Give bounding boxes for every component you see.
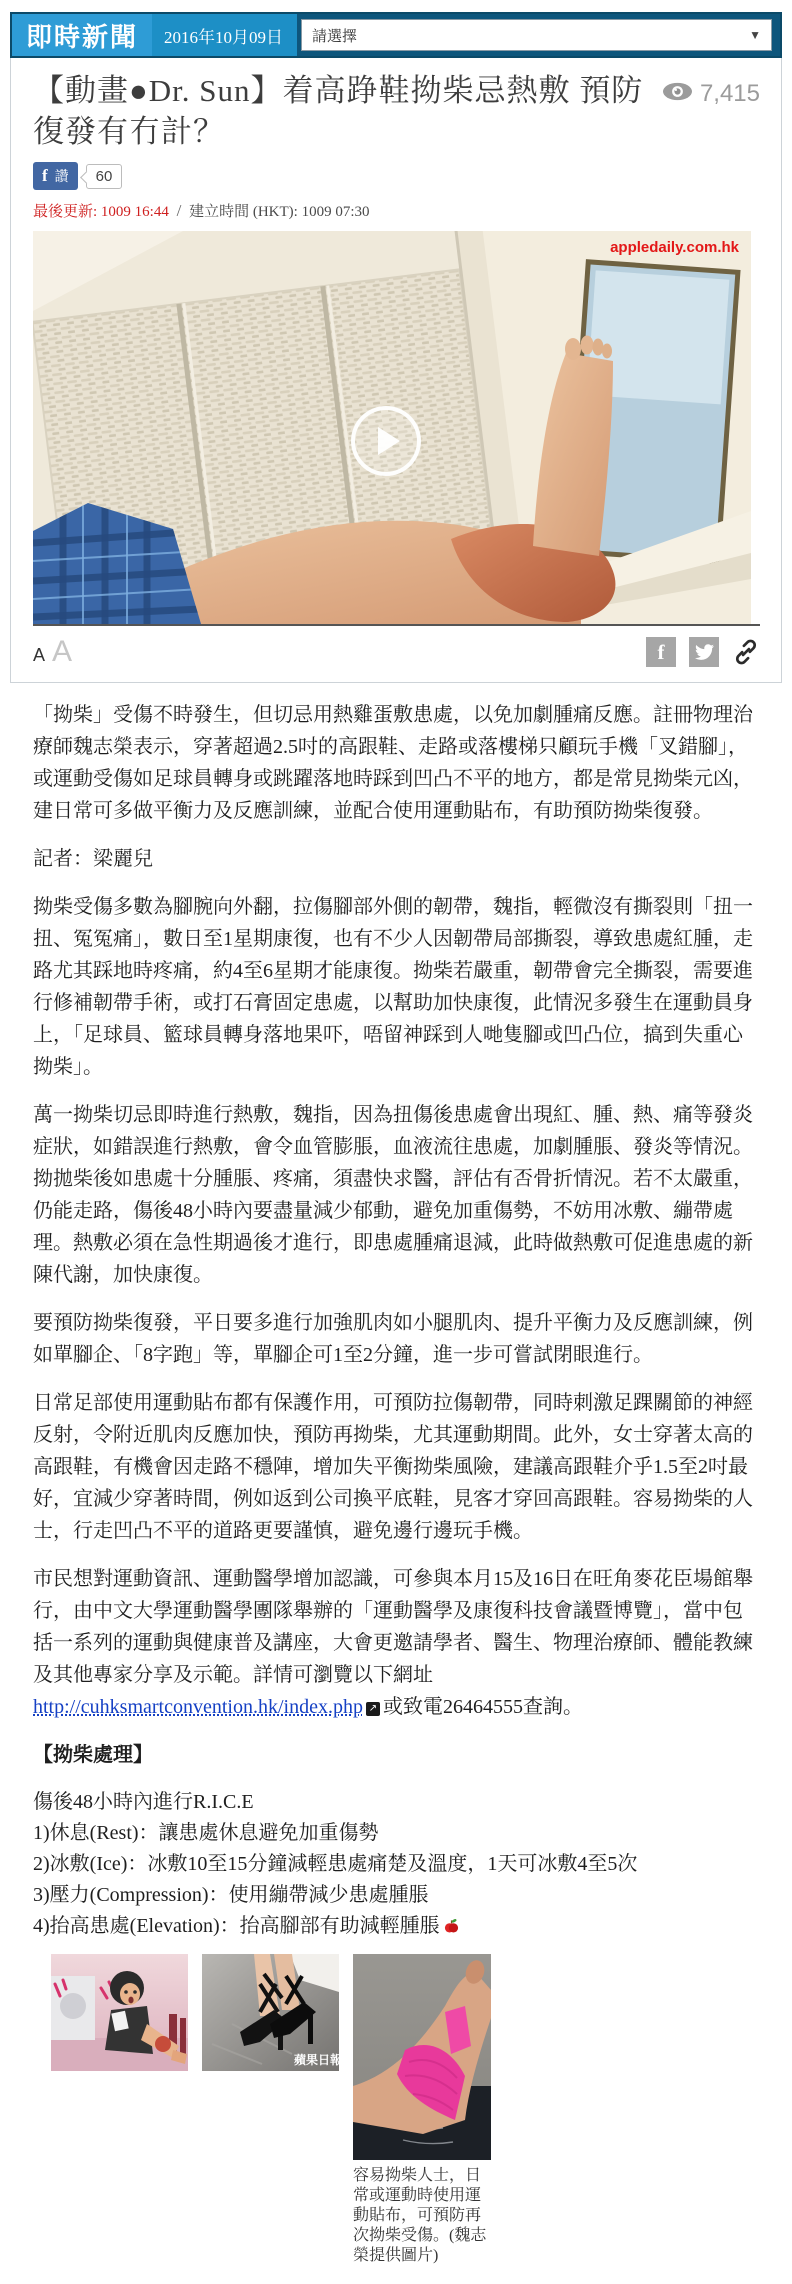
rice-instructions: 傷後48小時內進行R.I.C.E 1)休息(Rest)：讓患處休息避免加重傷勢 … <box>33 1787 760 1944</box>
article-paragraph: 拗柴受傷多數為腳腕向外翻，拉傷腳部外側的韌帶，魏指，輕微沒有撕裂則「扭一扭、冤冤… <box>33 891 760 1083</box>
article-paragraph: 日常足部使用運動貼布都有保護作用，可預防拉傷韌帶，同時刺激足踝關節的神經反射，令… <box>33 1387 760 1547</box>
link-share-icon[interactable] <box>732 638 760 666</box>
event-text-post: 或致電26464555查詢。 <box>383 1696 583 1718</box>
timestamp-separator: / <box>173 201 186 220</box>
event-text-pre: 市民想對運動資訊、運動醫學增加認識，可參與本月15及16日在旺角麥花臣場館舉行，… <box>33 1568 753 1686</box>
category-select[interactable]: 請選擇 ▼ <box>301 19 772 51</box>
news-page: 即時新聞 2016年10月09日 請選擇 ▼ 【動畫●Dr. Sun】着高踭鞋拗… <box>10 12 782 2266</box>
section-title: 即時新聞 <box>12 14 152 56</box>
facebook-share-icon[interactable]: f <box>646 637 676 667</box>
thumbnail-taped-ankle[interactable] <box>353 1954 491 2160</box>
chevron-down-icon: ▼ <box>749 28 761 42</box>
updated-time: 最後更新: 1009 16:44 <box>33 204 169 220</box>
article-paragraph: 「拗柴」受傷不時發生，但切忌用熱雞蛋敷患處，以免加劇腫痛反應。註冊物理治療師魏志… <box>33 699 760 827</box>
share-buttons: f <box>646 637 760 667</box>
article-paragraph-with-link: 市民想對運動資訊、運動醫學增加認識，可參與本月15及16日在旺角麥花臣場館舉行，… <box>33 1563 760 1723</box>
thumbnail-column: 容易拗柴人士，日常或運動時使用運動貼布，可預防再次拗柴受傷。(魏志榮提供圖片) <box>353 1954 491 2266</box>
thumbnail-injured-animation[interactable] <box>51 1954 188 2071</box>
image-caption: 容易拗柴人士，日常或運動時使用運動貼布，可預防再次拗柴受傷。(魏志榮提供圖片) <box>353 2166 491 2266</box>
timestamp-row: 最後更新: 1009 16:44 / 建立時間 (HKT): 1009 07:3… <box>33 200 760 221</box>
article-image-row: 蘋果日報 容易拗柴人士，日常或運動時使用運動貼布，可預防再次拗柴受傷。( <box>51 1954 760 2266</box>
section-heading: 【拗柴處理】 <box>33 1739 760 1771</box>
like-label: 讚 <box>55 166 69 186</box>
article-card: 【動畫●Dr. Sun】着高踭鞋拗柴忌熱敷 預防復發有冇計？ 7,415 f 讚 <box>10 58 782 683</box>
view-count: 7,415 <box>700 80 760 108</box>
eye-icon <box>662 80 693 108</box>
article-paragraph: 要預防拗柴復發，平日要多進行加強肌肉如小腿肌肉、提升平衡力及反應訓練，例如單腳企… <box>33 1307 760 1371</box>
article-paragraph: 萬一拗柴切忌即時進行熱敷，魏指，因為扭傷後患處會出現紅、腫、熱、痛等發炎症狀，如… <box>33 1099 760 1291</box>
play-button-icon[interactable] <box>351 406 421 476</box>
article-body: 「拗柴」受傷不時發生，但切忌用熱雞蛋敷患處，以免加劇腫痛反應。註冊物理治療師魏志… <box>10 683 782 2266</box>
title-row: 【動畫●Dr. Sun】着高踭鞋拗柴忌熱敷 預防復發有冇計？ 7,415 <box>33 64 760 160</box>
apple-logo-icon <box>444 1913 459 1944</box>
reporter-line: 記者：梁麗兒 <box>33 843 760 875</box>
facebook-like-button[interactable]: f 讚 <box>33 162 78 190</box>
facebook-icon: f <box>42 169 48 183</box>
rice-item: 1)休息(Rest)：讓患處休息避免加重傷勢 <box>33 1818 760 1849</box>
top-nav-bar: 即時新聞 2016年10月09日 請選擇 ▼ <box>10 12 782 58</box>
rice-item: 3)壓力(Compression)：使用繃帶減少患處腫脹 <box>33 1880 760 1911</box>
video-player[interactable]: appledaily.com.hk <box>33 231 751 624</box>
created-time: 建立時間 (HKT): 1009 07:30 <box>189 204 369 220</box>
event-url-link[interactable]: http://cuhksmartconvention.hk/index.php <box>33 1696 363 1718</box>
thumbnail-watermark: 蘋果日報 <box>294 2052 339 2067</box>
external-link-icon: ↗ <box>366 1702 380 1716</box>
category-select-value: 請選擇 <box>312 25 357 46</box>
current-date: 2016年10月09日 <box>152 14 297 56</box>
article-toolbar: A A f <box>33 626 760 682</box>
twitter-share-icon[interactable] <box>689 637 719 667</box>
site-watermark: appledaily.com.hk <box>610 239 739 256</box>
rice-intro: 傷後48小時內進行R.I.C.E <box>33 1787 760 1818</box>
article-title: 【動畫●Dr. Sun】着高踭鞋拗柴忌熱敷 預防復發有冇計？ <box>33 70 662 152</box>
rice-item: 2)冰敷(Ice)：冰敷10至15分鐘減輕患處痛楚及溫度，1天可冰敷4至5次 <box>33 1849 760 1880</box>
font-increase-button[interactable]: A <box>52 635 72 669</box>
font-size-controls: A A <box>33 635 72 669</box>
rice-item-last: 4)抬高患處(Elevation)：抬高腳部有助減輕腫脹 <box>33 1911 760 1944</box>
thumbnail-high-heels[interactable]: 蘋果日報 <box>202 1954 339 2071</box>
facebook-like-row: f 讚 60 <box>33 162 760 190</box>
like-count-bubble: 60 <box>86 164 123 189</box>
font-decrease-button[interactable]: A <box>33 645 45 666</box>
view-counter: 7,415 <box>662 80 760 108</box>
